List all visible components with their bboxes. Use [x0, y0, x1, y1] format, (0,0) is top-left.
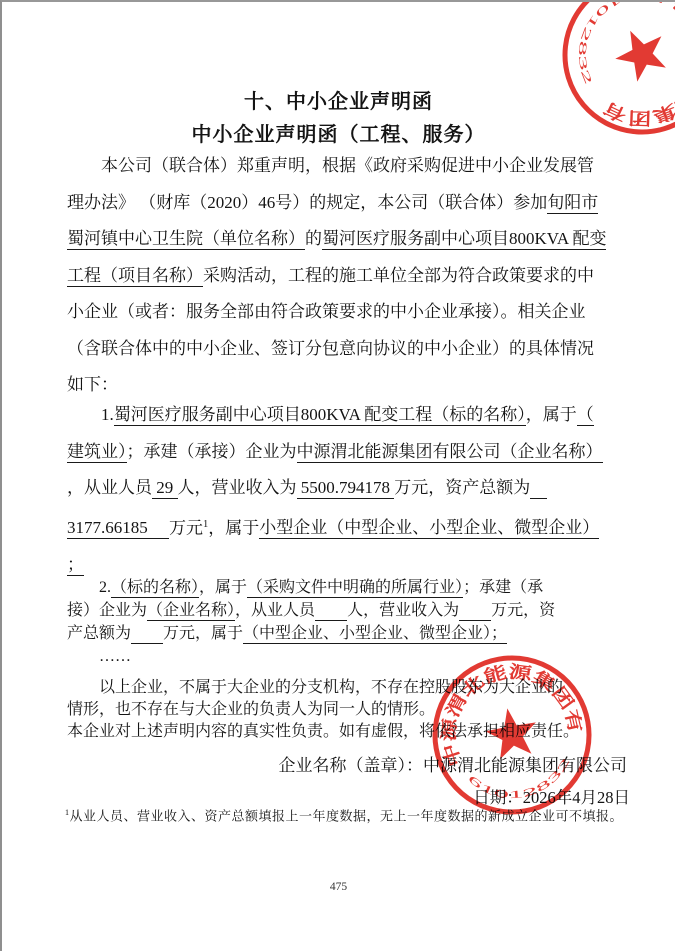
text-line: ，从业人员 29 人，营业收入为 5500.794178 万元，资产总额为	[67, 470, 637, 507]
text-segment: 如下：	[67, 375, 118, 394]
underlined-text: 29	[152, 478, 178, 499]
text-segment: 情形，也不存在与大企业的负责人为同一人的情形。	[67, 701, 435, 718]
underlined-text: 建筑业）	[67, 442, 127, 463]
text-line: 本企业对上述声明内容的真实性负责。如有虚假，将依法承担相应责任。	[67, 721, 637, 743]
text-segment: ，从业人员	[67, 478, 152, 497]
text-segment: 小企业（或者：服务全部由符合政策要求的中小企业承接）。相关企业	[67, 302, 586, 321]
closing-paragraph: 以上企业，不属于大企业的分支机构，不存在控股股东为大企业的情形，也不存在与大企业…	[67, 677, 637, 743]
document-page: 十、中小企业声明函 中小企业声明函（工程、服务） 本公司（联合体）郑重声明，根据…	[0, 0, 675, 951]
text-line: 理办法》 （财库（2020）46号）的规定，本公司（联合体）参加旬阳市	[67, 185, 637, 222]
underlined-text: 中源渭北能源集团有限公司（企业名称）	[297, 442, 603, 463]
item-2-paragraph: 2.（标的名称），属于（采购文件中明确的所属行业）；承建（承接）企业为（企业名称…	[67, 576, 637, 668]
text-line: 小企业（或者：服务全部由符合政策要求的中小企业承接）。相关企业	[67, 294, 637, 331]
text-segment: ，属于	[526, 405, 577, 424]
text-segment: 产总额为	[67, 625, 131, 642]
text-line: 工程（项目名称）采购活动，工程的施工单位全部为符合政策要求的中	[67, 258, 637, 295]
text-segment: 万元，资	[491, 602, 555, 619]
text-segment: 以上企业，不属于大企业的分支机构，不存在控股股东为大企业的	[67, 679, 563, 696]
underlined-text: 3177.66185	[67, 518, 169, 539]
text-segment: ，属于	[199, 579, 247, 596]
text-segment: ；承建（承接）企业为	[127, 442, 297, 461]
text-line: 建筑业）；承建（承接）企业为中源渭北能源集团有限公司（企业名称）	[67, 434, 637, 471]
text-line: 产总额为 万元，属于（中型企业、小型企业、微型企业）；	[67, 622, 637, 645]
company-signature-line: 企业名称（盖章）：中源渭北能源集团有限公司	[67, 751, 627, 776]
footnote: 1从业人员、营业收入、资产总额填报上一年度数据，无上一年度数据的新成立企业可不填…	[65, 804, 635, 825]
text-segment: 从业人员、营业收入、资产总额填报上一年度数据，无上一年度数据的新成立企业可不填报…	[70, 808, 624, 823]
underlined-text: ；	[67, 555, 84, 576]
document-subtitle: 中小企业声明函（工程、服务）	[2, 118, 675, 147]
underlined-text: 蜀河医疗服务副中心项目800KVA 配变	[322, 229, 606, 250]
text-segment: 本企业对上述声明内容的真实性负责。如有虚假，将依法承担相应责任。	[67, 723, 579, 740]
text-line: 1从业人员、营业收入、资产总额填报上一年度数据，无上一年度数据的新成立企业可不填…	[65, 804, 635, 825]
svg-text:61012832960: 61012832960	[560, 0, 675, 137]
underlined-text: （企业名称）	[147, 602, 235, 621]
underlined-text: （采购文件中明确的所属行业）	[247, 579, 463, 598]
underlined-text: 蜀河镇中心卫生院（单位名称）	[67, 229, 305, 250]
text-segment: 万元	[169, 518, 203, 537]
text-segment: 人，营业收入为	[347, 602, 459, 619]
text-segment: ，从业人员	[235, 602, 315, 619]
underlined-text	[131, 625, 163, 644]
text-segment: 理办法》 （财库（2020）46号）的规定，本公司（联合体）参加	[67, 193, 547, 212]
underlined-text: 旬阳市	[547, 193, 598, 214]
text-line: 以上企业，不属于大企业的分支机构，不存在控股股东为大企业的	[67, 677, 637, 699]
text-segment: 接）企业为	[67, 602, 147, 619]
text-line: 2.（标的名称），属于（采购文件中明确的所属行业）；承建（承	[67, 576, 637, 599]
text-segment: ；承建（承	[463, 579, 543, 596]
document-title: 十、中小企业声明函	[2, 85, 675, 114]
text-segment: 本公司（联合体）郑重声明，根据《政府采购促进中小企业发展管	[67, 156, 594, 175]
text-line: （含联合体中的中小企业、签订分包意向协议的中小企业）的具体情况	[67, 331, 637, 368]
text-line: 蜀河镇中心卫生院（单位名称）的蜀河医疗服务副中心项目800KVA 配变	[67, 221, 637, 258]
page-number: 475	[2, 881, 675, 893]
svg-text:中源渭北能源集团有限公司: 中源渭北能源集团有限公司	[588, 0, 675, 137]
underlined-text: 工程（项目名称）	[67, 266, 203, 287]
underlined-text: （	[577, 405, 594, 426]
underlined-text: 蜀河医疗服务副中心项目800KVA 配变工程（标的名称）	[114, 405, 526, 426]
underlined-text: 5500.794178	[297, 478, 395, 499]
text-line: ……	[67, 645, 637, 668]
underlined-text: （中型企业、小型企业、微型企业）；	[243, 625, 507, 644]
text-line: 接）企业为（企业名称），从业人员 人，营业收入为 万元，资	[67, 599, 637, 622]
text-segment: 的	[305, 229, 322, 248]
text-segment: 2.	[67, 579, 111, 596]
underlined-text	[459, 602, 491, 621]
text-segment: ，属于	[208, 518, 259, 537]
text-segment: ……	[67, 648, 131, 665]
underlined-text	[315, 602, 347, 621]
seal-star-icon	[611, 22, 675, 90]
item-1-paragraph: 1.蜀河医疗服务副中心项目800KVA 配变工程（标的名称），属于（建筑业）；承…	[67, 397, 637, 583]
text-line: 1.蜀河医疗服务副中心项目800KVA 配变工程（标的名称），属于（	[67, 397, 637, 434]
text-line: 情形，也不存在与大企业的负责人为同一人的情形。	[67, 699, 637, 721]
text-segment: （含联合体中的中小企业、签订分包意向协议的中小企业）的具体情况	[67, 339, 594, 358]
company-seal-stamp-top: 中源渭北能源集团有限公司 61012832960	[560, 0, 675, 137]
underlined-text: （标的名称）	[111, 579, 199, 598]
seal-company-text: 中源渭北能源集团有限公司	[588, 0, 675, 137]
text-segment: 采购活动，工程的施工单位全部为符合政策要求的中	[203, 266, 594, 285]
underlined-text	[530, 478, 547, 499]
text-segment: 万元，资产总额为	[394, 478, 530, 497]
underlined-text: 小型企业（中型企业、小型企业、微型企业）	[259, 518, 599, 539]
text-line: 3177.66185 万元1，属于小型企业（中型企业、小型企业、微型企业）	[67, 507, 637, 547]
declaration-paragraph: 本公司（联合体）郑重声明，根据《政府采购促进中小企业发展管理办法》 （财库（20…	[67, 148, 637, 404]
text-segment: 人，营业收入为	[178, 478, 297, 497]
seal-number-text: 61012832960	[560, 0, 675, 137]
text-line: 本公司（联合体）郑重声明，根据《政府采购促进中小企业发展管	[67, 148, 637, 185]
text-segment: 万元，属于	[163, 625, 243, 642]
text-segment: 1.	[67, 405, 114, 424]
